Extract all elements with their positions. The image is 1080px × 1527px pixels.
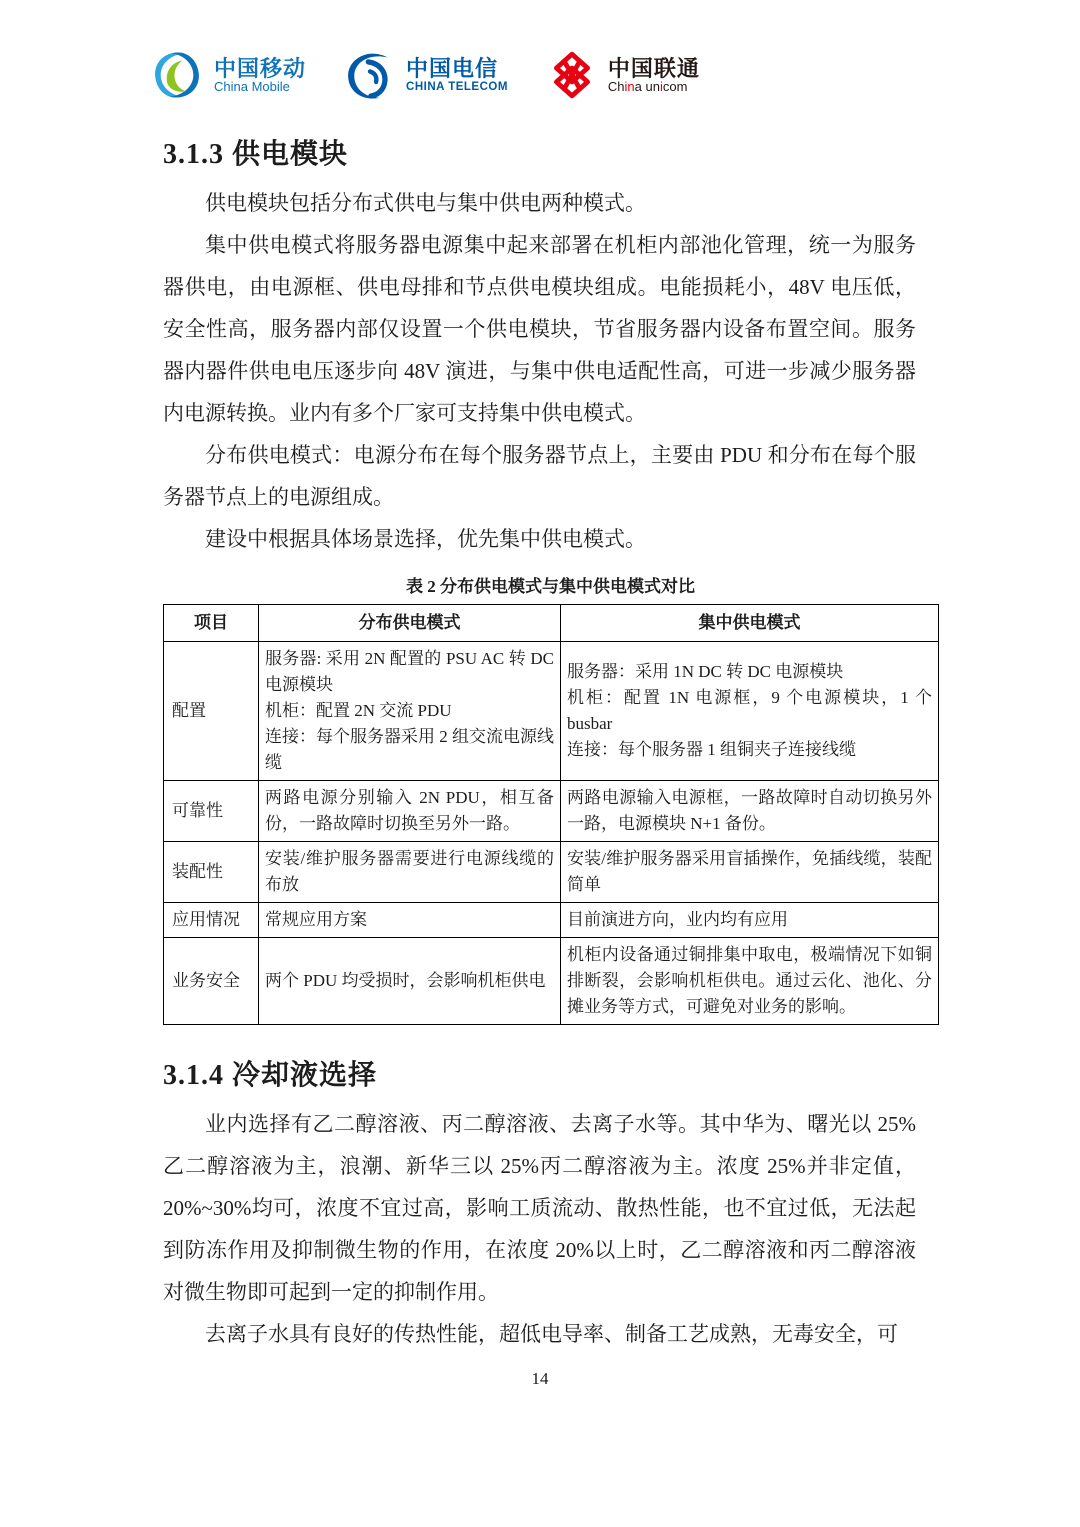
row-label: 可靠性 [164, 781, 259, 842]
table-caption: 表 2 分布供电模式与集中供电模式对比 [163, 576, 938, 598]
paragraph: 供电模块包括分布式供电与集中供电两种模式。 [163, 182, 916, 224]
paragraph: 去离子水具有良好的传热性能，超低电导率、制备工艺成熟，无毒安全，可 [163, 1313, 916, 1355]
row-label: 配置 [164, 642, 259, 781]
cell-centralized: 安装/维护服务器采用盲插操作，免插线缆，装配简单 [561, 842, 939, 903]
cell-distributed: 服务器: 采用 2N 配置的 PSU AC 转 DC 电源模块 机柜：配置 2N… [259, 642, 561, 781]
cell-distributed: 安装/维护服务器需要进行电源线缆的布放 [259, 842, 561, 903]
china-unicom-wordmark: 中国联通 China unicom [608, 57, 700, 94]
china-telecom-wordmark: 中国电信 CHINA TELECOM [406, 57, 508, 92]
cell-centralized: 两路电源输入电源框，一路故障时自动切换另外一路，电源模块 N+1 备份。 [561, 781, 939, 842]
table-row: 可靠性 两路电源分别输入 2N PDU，相互备份，一路故障时切换至另外一路。 两… [164, 781, 939, 842]
paragraph: 建设中根据具体场景选择，优先集中供电模式。 [163, 518, 916, 560]
carrier-logo-banner: 中国移动 China Mobile 中国电信 CHINA TELECOM [148, 46, 1080, 104]
document-content: 3.1.3 供电模块 供电模块包括分布式供电与集中供电两种模式。 集中供电模式将… [163, 138, 938, 1355]
col-header-distributed: 分布供电模式 [259, 605, 561, 642]
china-telecom-zh: 中国电信 [406, 57, 508, 80]
row-label: 应用情况 [164, 903, 259, 938]
china-mobile-zh: 中国移动 [214, 57, 306, 80]
table-row: 应用情况 常规应用方案 目前演进方向，业内均有应用 [164, 903, 939, 938]
cell-centralized: 机柜内设备通过铜排集中取电，极端情况下如铜排断裂，会影响机柜供电。通过云化、池化… [561, 938, 939, 1025]
power-module-paragraphs: 供电模块包括分布式供电与集中供电两种模式。 集中供电模式将服务器电源集中起来部署… [163, 182, 938, 560]
coolant-paragraphs: 业内选择有乙二醇溶液、丙二醇溶液、去离子水等。其中华为、曙光以 25%乙二醇溶液… [163, 1103, 938, 1355]
heading-power-module: 3.1.3 供电模块 [163, 138, 938, 172]
table-row: 装配性 安装/维护服务器需要进行电源线缆的布放 安装/维护服务器采用盲插操作，免… [164, 842, 939, 903]
cell-distributed: 两个 PDU 均受损时，会影响机柜供电 [259, 938, 561, 1025]
table-header-row: 项目 分布供电模式 集中供电模式 [164, 605, 939, 642]
paragraph: 分布供电模式：电源分布在每个服务器节点上，主要由 PDU 和分布在每个服务器节点… [163, 434, 916, 518]
china-telecom-logo: 中国电信 CHINA TELECOM [342, 47, 508, 103]
row-label: 业务安全 [164, 938, 259, 1025]
china-unicom-logo: 中国联通 China unicom [544, 49, 700, 101]
china-mobile-swoosh-icon [148, 46, 206, 104]
china-telecom-en: CHINA TELECOM [406, 81, 508, 93]
china-telecom-horn-icon [342, 47, 398, 103]
china-mobile-wordmark: 中国移动 China Mobile [214, 57, 306, 94]
paragraph: 集中供电模式将服务器电源集中起来部署在机柜内部池化管理，统一为服务器供电，由电源… [163, 224, 916, 434]
cell-distributed: 两路电源分别输入 2N PDU，相互备份，一路故障时切换至另外一路。 [259, 781, 561, 842]
heading-coolant-selection: 3.1.4 冷却液选择 [163, 1059, 938, 1093]
cell-centralized: 服务器：采用 1N DC 转 DC 电源模块 机柜：配置 1N 电源框，9 个电… [561, 642, 939, 781]
china-unicom-zh: 中国联通 [608, 57, 700, 80]
power-mode-comparison-table: 项目 分布供电模式 集中供电模式 配置 服务器: 采用 2N 配置的 PSU A… [163, 604, 939, 1025]
china-mobile-en: China Mobile [214, 80, 306, 94]
table-row: 业务安全 两个 PDU 均受损时，会影响机柜供电 机柜内设备通过铜排集中取电，极… [164, 938, 939, 1025]
china-unicom-knot-icon [544, 49, 600, 101]
table-row: 配置 服务器: 采用 2N 配置的 PSU AC 转 DC 电源模块 机柜：配置… [164, 642, 939, 781]
document-page: 中国移动 China Mobile 中国电信 CHINA TELECOM [0, 0, 1080, 1527]
cell-centralized: 目前演进方向，业内均有应用 [561, 903, 939, 938]
row-label: 装配性 [164, 842, 259, 903]
china-unicom-en: China unicom [608, 80, 700, 94]
china-mobile-logo: 中国移动 China Mobile [148, 46, 306, 104]
col-header-item: 项目 [164, 605, 259, 642]
cell-distributed: 常规应用方案 [259, 903, 561, 938]
paragraph: 业内选择有乙二醇溶液、丙二醇溶液、去离子水等。其中华为、曙光以 25%乙二醇溶液… [163, 1103, 916, 1313]
col-header-centralized: 集中供电模式 [561, 605, 939, 642]
page-number: 14 [0, 1367, 1080, 1391]
